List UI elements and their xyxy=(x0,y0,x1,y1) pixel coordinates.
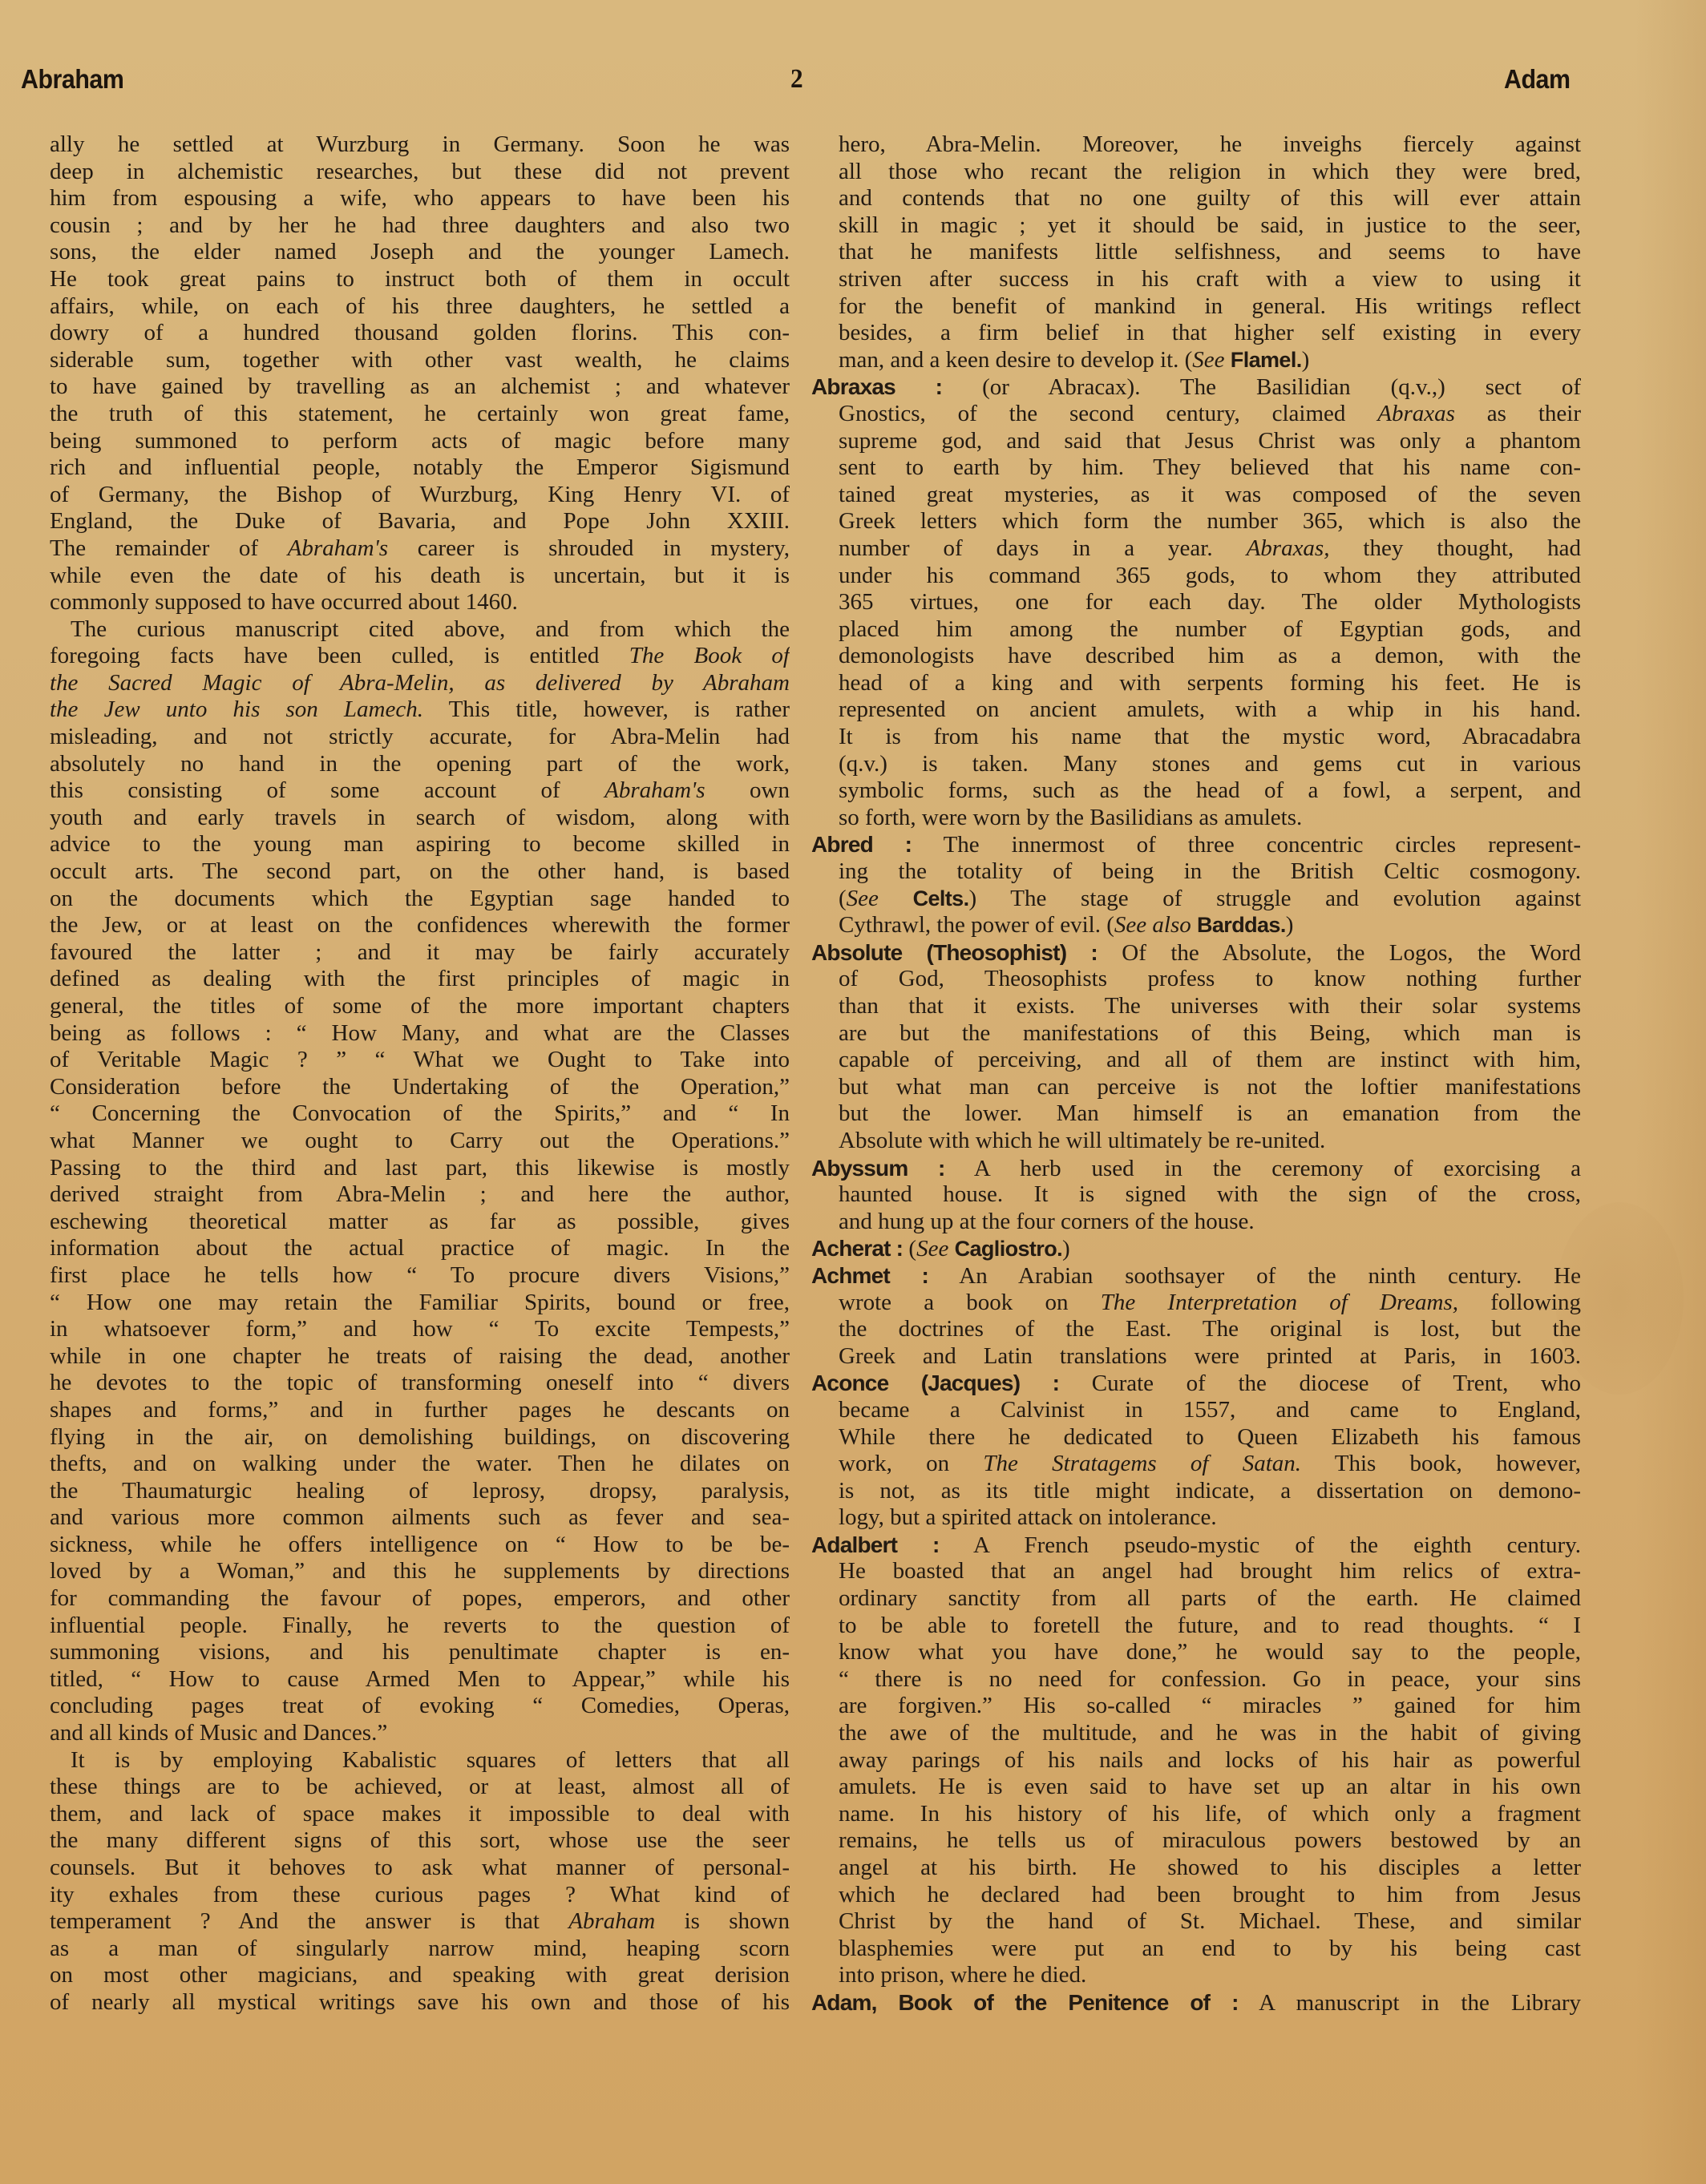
text-line: sent to earth by him. They believed that… xyxy=(811,454,1581,482)
text: commonly supposed to have occurred about… xyxy=(50,589,518,615)
text: (or Abracax). The Basilidian (q.v.,) sec… xyxy=(942,374,1581,400)
cross-reference: Flamel. xyxy=(1231,348,1302,372)
text: name. In his history of his life, of whi… xyxy=(839,1801,1581,1827)
text: ) xyxy=(1286,912,1294,938)
text: as a man of singularly narrow mind, heap… xyxy=(50,1936,790,1961)
text-line: ordinary sanctity from all parts of the … xyxy=(811,1585,1581,1613)
text-line: loved by a Woman,” and this he supplemen… xyxy=(50,1558,790,1585)
text-line: symbolic forms, such as the head of a fo… xyxy=(811,777,1581,805)
text: this consisting of some account of xyxy=(50,777,604,803)
text: ) xyxy=(1062,1236,1070,1262)
text-line: ally he settled at Wurzburg in Germany. … xyxy=(50,131,790,159)
text-line: so forth, were worn by the Basilidians a… xyxy=(811,805,1581,832)
entry-first-line: Abred : The innermost of three concentri… xyxy=(811,831,1581,858)
text: A herb used in the ceremony of exorcisin… xyxy=(945,1156,1581,1181)
text-line: became a Calvinist in 1557, and came to … xyxy=(811,1397,1581,1424)
text: Consideration before the Undertaking of … xyxy=(50,1074,790,1100)
text: on most other magicians, and speaking wi… xyxy=(50,1962,790,1988)
text: know what you have done,” he would say t… xyxy=(839,1639,1581,1665)
text-line: 365 virtues, one for each day. The older… xyxy=(811,589,1581,616)
text-line: for the benefit of mankind in general. H… xyxy=(811,293,1581,321)
cross-reference: Barddas. xyxy=(1197,913,1286,937)
text-line: to have gained by travelling as an alche… xyxy=(50,373,790,401)
text: of nearly all mystical writings save his… xyxy=(50,1989,790,2015)
text-line: absolutely no hand in the opening part o… xyxy=(50,751,790,778)
text: is not, as its title might indicate, a d… xyxy=(839,1478,1581,1504)
text: The innermost of three concentric circle… xyxy=(912,832,1581,858)
text-line: “ How one may retain the Familiar Spirit… xyxy=(50,1290,790,1317)
text: ordinary sanctity from all parts of the … xyxy=(839,1585,1581,1611)
headword: Aconce (Jacques) : xyxy=(811,1371,1059,1395)
right-column: hero, Abra-Melin. Moreover, he inveighs … xyxy=(811,131,1581,2016)
italic-text: The Book of xyxy=(629,643,790,668)
text: loved by a Woman,” and this he supplemen… xyxy=(50,1558,790,1584)
italic-text: Abraham xyxy=(568,1908,655,1934)
entry-first-line: Abraxas : (or Abracax). The Basilidian (… xyxy=(811,373,1581,401)
text-line: on the documents which the Egyptian sage… xyxy=(50,886,790,913)
text: ally he settled at Wurzburg in Germany. … xyxy=(50,131,790,157)
text: being as follows : “ How Many, and what … xyxy=(50,1020,790,1046)
text-line: and hung up at the four corners of the h… xyxy=(811,1209,1581,1236)
text: “ there is no need for confession. Go in… xyxy=(839,1666,1581,1692)
paper-stain xyxy=(1635,0,1706,2184)
entry-first-line: Adalbert : A French pseudo-mystic of the… xyxy=(811,1532,1581,1559)
text-line: influential people. Finally, he reverts … xyxy=(50,1613,790,1640)
headword: Abraxas : xyxy=(811,374,942,399)
text-line: the Jew, or at least on the confidences … xyxy=(50,912,790,939)
text-line: being as follows : “ How Many, and what … xyxy=(50,1020,790,1048)
text-line: demonologists have described him as a de… xyxy=(811,643,1581,670)
text: and hung up at the four corners of the h… xyxy=(839,1209,1255,1234)
text: occult arts. The second part, on the oth… xyxy=(50,858,790,884)
text: sent to earth by him. They believed that… xyxy=(839,454,1581,480)
text-line: which he declared had been brought to hi… xyxy=(811,1882,1581,1909)
cross-reference: Cagliostro. xyxy=(955,1237,1062,1261)
text: the many different signs of this sort, w… xyxy=(50,1827,790,1853)
text: and contends that no one guilty of this … xyxy=(839,185,1581,211)
text: he devotes to the topic of transforming … xyxy=(50,1370,790,1395)
entry-first-line: Acherat : (See Cagliostro.) xyxy=(811,1235,1581,1262)
text-line: haunted house. It is signed with the sig… xyxy=(811,1181,1581,1209)
text-line: of Germany, the Bishop of Wurzburg, King… xyxy=(50,482,790,509)
text-line: concluding pages treat of evoking “ Come… xyxy=(50,1693,790,1720)
text: the Thaumaturgic healing of leprosy, dro… xyxy=(50,1478,790,1504)
text-line: information about the actual practice of… xyxy=(50,1235,790,1262)
text: for the benefit of mankind in general. H… xyxy=(839,293,1581,319)
text: tained great mysteries, as it was compos… xyxy=(839,482,1581,507)
text: skill in magic ; yet it should be said, … xyxy=(839,212,1581,238)
text: ( xyxy=(903,1236,916,1262)
text-line: as a man of singularly narrow mind, heap… xyxy=(50,1936,790,1963)
text: but the lower. Man himself is an emanati… xyxy=(839,1100,1581,1126)
text: and all kinds of Music and Dances.” xyxy=(50,1720,387,1746)
text-line: It is by employing Kabalistic squares of… xyxy=(50,1747,790,1774)
text: in whatsoever form,” and how “ To excite… xyxy=(50,1316,790,1342)
italic-text: The Interpretation of Dreams, xyxy=(1101,1290,1458,1315)
page-number: 2 xyxy=(790,64,802,95)
text: (q.v.) is taken. Many stones and gems cu… xyxy=(839,751,1581,777)
text: into prison, where he died. xyxy=(839,1962,1086,1988)
text-line: number of days in a year. Abraxas, they … xyxy=(811,535,1581,563)
text-line: and all kinds of Music and Dances.” xyxy=(50,1720,790,1747)
headword: Abyssum : xyxy=(811,1156,945,1181)
text-line: but the lower. Man himself is an emanati… xyxy=(811,1100,1581,1128)
text: dowry of a hundred thousand golden flori… xyxy=(50,320,790,345)
text-line: name. In his history of his life, of whi… xyxy=(811,1801,1581,1828)
text-line: capable of perceiving, and all of them a… xyxy=(811,1047,1581,1074)
headword: Abred : xyxy=(811,832,912,857)
text-line: and various more common ailments such as… xyxy=(50,1504,790,1532)
text-line: are forgiven.” His so-called “ miracles … xyxy=(811,1693,1581,1720)
text: placed him among the number of Egyptian … xyxy=(839,616,1581,642)
text-line: cousin ; and by her he had three daughte… xyxy=(50,212,790,240)
text: Gnostics, of the second century, claimed xyxy=(839,401,1377,426)
text: capable of perceiving, and all of them a… xyxy=(839,1047,1581,1072)
text-line: eschewing theoretical matter as far as p… xyxy=(50,1209,790,1236)
text: supreme god, and said that Jesus Christ … xyxy=(839,428,1581,454)
text: angel at his birth. He showed to his dis… xyxy=(839,1855,1581,1880)
text-line: deep in alchemistic researches, but thes… xyxy=(50,159,790,186)
text: away parings of his nails and locks of h… xyxy=(839,1747,1581,1773)
text-line: counsels. But it behoves to ask what man… xyxy=(50,1855,790,1882)
text-line: He took great pains to instruct both of … xyxy=(50,266,790,293)
text: own xyxy=(705,777,790,803)
text: number of days in a year. xyxy=(839,535,1247,561)
text-line: ing the totality of being in the British… xyxy=(811,858,1581,886)
italic-text: Abraham's xyxy=(604,777,705,803)
text-line: The remainder of Abraham's career is shr… xyxy=(50,535,790,563)
text: them, and lack of space makes it impossi… xyxy=(50,1801,790,1827)
text: logy, but a spirited attack on intoleran… xyxy=(839,1504,1217,1530)
headword: Adalbert : xyxy=(811,1532,940,1557)
text: information about the actual practice of… xyxy=(50,1235,790,1261)
italic-text: See also xyxy=(1114,912,1191,938)
entry-first-line: Adam, Book of the Penitence of : A manus… xyxy=(811,1989,1581,2016)
text-line: “ there is no need for confession. Go in… xyxy=(811,1666,1581,1694)
text: career is shrouded in mystery, xyxy=(388,535,790,561)
text: became a Calvinist in 1557, and came to … xyxy=(839,1397,1581,1423)
text: man, and a keen desire to develop it. ( xyxy=(839,347,1192,373)
text-line: Cythrawl, the power of evil. (See also B… xyxy=(811,912,1581,939)
text-line: siderable sum, together with other vast … xyxy=(50,347,790,374)
text-line: that he manifests little selfishness, an… xyxy=(811,239,1581,266)
text: Absolute with which he will ultimately b… xyxy=(839,1128,1325,1153)
text: under his command 365 gods, to whom they… xyxy=(839,563,1581,588)
headword: Acherat : xyxy=(811,1236,903,1261)
text-line: titled, “ How to cause Armed Men to Appe… xyxy=(50,1666,790,1694)
text: to have gained by travelling as an alche… xyxy=(50,373,790,399)
text: of God, Theosophists profess to know not… xyxy=(839,966,1581,991)
text-line: the Sacred Magic of Abra-Melin, as deliv… xyxy=(50,670,790,697)
text: Christ by the hand of St. Michael. These… xyxy=(839,1908,1581,1934)
text-line: commonly supposed to have occurred about… xyxy=(50,589,790,616)
text-line: while even the date of his death is unce… xyxy=(50,563,790,590)
text-line: of God, Theosophists profess to know not… xyxy=(811,966,1581,993)
text: the truth of this statement, he certainl… xyxy=(50,401,790,426)
text: summoning visions, and his penultimate c… xyxy=(50,1639,790,1665)
text: the Jew, or at least on the confidences … xyxy=(50,912,790,938)
text: on the documents which the Egyptian sage… xyxy=(50,886,790,911)
text: remains, he tells us of miraculous power… xyxy=(839,1827,1581,1853)
text-line: the Jew unto his son Lamech. This title,… xyxy=(50,696,790,724)
italic-text: Abraham's xyxy=(288,535,388,561)
text-line: than that it exists. The universes with … xyxy=(811,993,1581,1020)
text: This book, however, xyxy=(1301,1451,1581,1476)
text: the doctrines of the East. The original … xyxy=(839,1316,1581,1342)
text-line: Consideration before the Undertaking of … xyxy=(50,1074,790,1101)
text-line: man, and a keen desire to develop it. (S… xyxy=(811,347,1581,374)
text: while even the date of his death is unce… xyxy=(50,563,790,588)
text-line: derived straight from Abra-Melin ; and h… xyxy=(50,1181,790,1209)
italic-text: the Sacred Magic of Abra-Melin, as deliv… xyxy=(50,670,790,696)
text-line: remains, he tells us of miraculous power… xyxy=(811,1827,1581,1855)
text: all those who recant the religion in whi… xyxy=(839,159,1581,184)
text: Passing to the third and last part, this… xyxy=(50,1155,790,1181)
headword: Adam, Book of the Penitence of : xyxy=(811,1990,1239,2015)
entry-first-line: Absolute (Theosophist) : Of the Absolute… xyxy=(811,939,1581,967)
text: Of the Absolute, the Logos, the Word xyxy=(1098,940,1581,966)
text-line: the doctrines of the East. The original … xyxy=(811,1316,1581,1343)
text-line: all those who recant the religion in whi… xyxy=(811,159,1581,186)
text-line: (q.v.) is taken. Many stones and gems cu… xyxy=(811,751,1581,778)
text: While there he dedicated to Queen Elizab… xyxy=(839,1424,1581,1450)
text-line: the truth of this statement, he certainl… xyxy=(50,401,790,428)
text-line: affairs, while, on each of his three dau… xyxy=(50,293,790,321)
text: so forth, were worn by the Basilidians a… xyxy=(839,805,1302,830)
text: derived straight from Abra-Melin ; and h… xyxy=(50,1181,790,1207)
text-line: Absolute with which he will ultimately b… xyxy=(811,1128,1581,1155)
text-line: he devotes to the topic of transforming … xyxy=(50,1370,790,1397)
cross-reference: Celts. xyxy=(913,886,969,910)
running-head-left: Abraham xyxy=(21,64,123,95)
text-line: temperament ? And the answer is that Abr… xyxy=(50,1908,790,1936)
text-line: besides, a firm belief in that higher se… xyxy=(811,320,1581,347)
text-line: amulets. He is even said to have set up … xyxy=(811,1774,1581,1801)
text-line: skill in magic ; yet it should be said, … xyxy=(811,212,1581,240)
text: general, the titles of some of the more … xyxy=(50,993,790,1019)
text-line: and contends that no one guilty of this … xyxy=(811,185,1581,212)
text: affairs, while, on each of his three dau… xyxy=(50,293,790,319)
text-line: foregoing facts have been culled, is ent… xyxy=(50,643,790,670)
text: first place he tells how “ To procure di… xyxy=(50,1262,790,1288)
italic-text: See xyxy=(847,886,879,911)
text: these things are to be achieved, or at l… xyxy=(50,1774,790,1799)
text-line: Christ by the hand of St. Michael. These… xyxy=(811,1908,1581,1936)
text-line: rich and influential people, notably the… xyxy=(50,454,790,482)
text: work, on xyxy=(839,1451,983,1476)
text: A French pseudo-mystic of the eighth cen… xyxy=(940,1532,1581,1558)
text-line: are but the manifestations of this Being… xyxy=(811,1020,1581,1048)
text: demonologists have described him as a de… xyxy=(839,643,1581,668)
text: A manuscript in the Library xyxy=(1239,1990,1581,2016)
text: sons, the elder named Joseph and the you… xyxy=(50,239,790,264)
left-column: ally he settled at Wurzburg in Germany. … xyxy=(50,131,790,2016)
text: temperament ? And the answer is that xyxy=(50,1908,568,1934)
text: while in one chapter he treats of raisin… xyxy=(50,1343,790,1369)
text: It is from his name that the mystic word… xyxy=(839,724,1581,749)
text-line: but what man can perceive is not the lof… xyxy=(811,1074,1581,1101)
text: symbolic forms, such as the head of a fo… xyxy=(839,777,1581,803)
text-line: head of a king and with serpents forming… xyxy=(811,670,1581,697)
text: The remainder of xyxy=(50,535,288,561)
text: blasphemies were put an end to by his be… xyxy=(839,1936,1581,1961)
entry-first-line: Abyssum : A herb used in the ceremony of… xyxy=(811,1155,1581,1182)
text-line: him from espousing a wife, who appears t… xyxy=(50,185,790,212)
text-line: blasphemies were put an end to by his be… xyxy=(811,1936,1581,1963)
text-line: “ Concerning the Convocation of the Spir… xyxy=(50,1100,790,1128)
text-line: misleading, and not strictly accurate, f… xyxy=(50,724,790,751)
text: youth and early travels in search of wis… xyxy=(50,805,790,830)
text-line: the Thaumaturgic healing of leprosy, dro… xyxy=(50,1478,790,1505)
text-line: sickness, while he offers intelligence o… xyxy=(50,1532,790,1559)
text: misleading, and not strictly accurate, f… xyxy=(50,724,790,749)
text: and various more common ailments such as… xyxy=(50,1504,790,1530)
italic-text: the Jew unto his son Lamech. xyxy=(50,696,423,722)
italic-text: The Stratagems of Satan. xyxy=(983,1451,1301,1476)
text: absolutely no hand in the opening part o… xyxy=(50,751,790,777)
text-line: general, the titles of some of the more … xyxy=(50,993,790,1020)
text: is shown xyxy=(655,1908,790,1934)
text: flying in the air, on demolishing buildi… xyxy=(50,1424,790,1450)
text: England, the Duke of Bavaria, and Pope J… xyxy=(50,508,790,534)
text: haunted house. It is signed with the sig… xyxy=(839,1181,1581,1207)
text-line: flying in the air, on demolishing buildi… xyxy=(50,1424,790,1451)
text: of Germany, the Bishop of Wurzburg, King… xyxy=(50,482,790,507)
text: “ How one may retain the Familiar Spirit… xyxy=(50,1290,790,1315)
text-line: advice to the young man aspiring to beco… xyxy=(50,831,790,858)
italic-text: Abraxas xyxy=(1377,401,1455,426)
text-line: these things are to be achieved, or at l… xyxy=(50,1774,790,1801)
text: than that it exists. The universes with … xyxy=(839,993,1581,1019)
text: they thought, had xyxy=(1329,535,1581,561)
text-line: of nearly all mystical writings save his… xyxy=(50,1989,790,2016)
text: deep in alchemistic researches, but thes… xyxy=(50,159,790,184)
italic-text: See xyxy=(916,1236,948,1262)
headword: Achmet : xyxy=(811,1263,928,1288)
text: concluding pages treat of evoking “ Come… xyxy=(50,1693,790,1718)
text-line: represented on ancient amulets, with a w… xyxy=(811,696,1581,724)
text-line: (See Celts.) The stage of struggle and e… xyxy=(811,886,1581,913)
text: besides, a firm belief in that higher se… xyxy=(839,320,1581,345)
text: shapes and forms,” and in further pages … xyxy=(50,1397,790,1423)
text: influential people. Finally, he reverts … xyxy=(50,1613,790,1638)
text-line: away parings of his nails and locks of h… xyxy=(811,1747,1581,1774)
text: thefts, and on walking under the water. … xyxy=(50,1451,790,1476)
text: An Arabian soothsayer of the ninth centu… xyxy=(928,1263,1581,1289)
text-line: Passing to the third and last part, this… xyxy=(50,1155,790,1182)
text: He boasted that an angel had brought him… xyxy=(839,1558,1581,1584)
text-line: logy, but a spirited attack on intoleran… xyxy=(811,1504,1581,1532)
text-line: the many different signs of this sort, w… xyxy=(50,1827,790,1855)
text-line: It is from his name that the mystic word… xyxy=(811,724,1581,751)
text: him from espousing a wife, who appears t… xyxy=(50,185,790,211)
text-line: work, on The Stratagems of Satan. This b… xyxy=(811,1451,1581,1478)
text-line: supreme god, and said that Jesus Christ … xyxy=(811,428,1581,455)
text: defined as dealing with the first princi… xyxy=(50,966,790,991)
text-line: into prison, where he died. xyxy=(811,1962,1581,1989)
text: ) The stage of struggle and evolution ag… xyxy=(969,886,1581,911)
text-line: them, and lack of space makes it impossi… xyxy=(50,1801,790,1828)
text-line: ity exhales from these curious pages ? W… xyxy=(50,1882,790,1909)
text: ity exhales from these curious pages ? W… xyxy=(50,1882,790,1907)
text-line: While there he dedicated to Queen Elizab… xyxy=(811,1424,1581,1451)
text: eschewing theoretical matter as far as p… xyxy=(50,1209,790,1234)
text-line: in whatsoever form,” and how “ To excite… xyxy=(50,1316,790,1343)
text-line: placed him among the number of Egyptian … xyxy=(811,616,1581,644)
text-line: Greek letters which form the number 365,… xyxy=(811,508,1581,535)
running-head-right: Adam xyxy=(1504,64,1571,95)
text-line: while in one chapter he treats of raisin… xyxy=(50,1343,790,1371)
text: This title, however, is rather xyxy=(423,696,790,722)
text-line: know what you have done,” he would say t… xyxy=(811,1639,1581,1666)
text: are forgiven.” His so-called “ miracles … xyxy=(839,1693,1581,1718)
text: ing the totality of being in the British… xyxy=(839,858,1581,884)
text: sickness, while he offers intelligence o… xyxy=(50,1532,790,1557)
text-line: on most other magicians, and speaking wi… xyxy=(50,1962,790,1989)
text-line: summoning visions, and his penultimate c… xyxy=(50,1639,790,1666)
text-line: this consisting of some account of Abrah… xyxy=(50,777,790,805)
text: the awe of the multitude, and he was in … xyxy=(839,1720,1581,1746)
text-line: Greek and Latin translations were printe… xyxy=(811,1343,1581,1371)
text: following xyxy=(1458,1290,1581,1315)
text: Greek letters which form the number 365,… xyxy=(839,508,1581,534)
text: head of a king and with serpents forming… xyxy=(839,670,1581,696)
text: advice to the young man aspiring to beco… xyxy=(50,831,790,857)
text: ) xyxy=(1302,347,1310,373)
text-line: He boasted that an angel had brought him… xyxy=(811,1558,1581,1585)
text: Greek and Latin translations were printe… xyxy=(839,1343,1581,1369)
text-line: The curious manuscript cited above, and … xyxy=(50,616,790,644)
text: Cythrawl, the power of evil. ( xyxy=(839,912,1114,938)
text: hero, Abra-Melin. Moreover, he inveighs … xyxy=(839,131,1581,157)
text-line: occult arts. The second part, on the oth… xyxy=(50,858,790,886)
text-line: first place he tells how “ To procure di… xyxy=(50,1262,790,1290)
text-line: being summoned to perform acts of magic … xyxy=(50,428,790,455)
text: but what man can perceive is not the lof… xyxy=(839,1074,1581,1100)
text-line: Gnostics, of the second century, claimed… xyxy=(811,401,1581,428)
text-line: hero, Abra-Melin. Moreover, he inveighs … xyxy=(811,131,1581,159)
text-line: tained great mysteries, as it was compos… xyxy=(811,482,1581,509)
entry-first-line: Aconce (Jacques) : Curate of the diocese… xyxy=(811,1370,1581,1397)
text: represented on ancient amulets, with a w… xyxy=(839,696,1581,722)
text: for commanding the favour of popes, empe… xyxy=(50,1585,790,1611)
text-line: the awe of the multitude, and he was in … xyxy=(811,1720,1581,1747)
text: cousin ; and by her he had three daughte… xyxy=(50,212,790,238)
text-line: youth and early travels in search of wis… xyxy=(50,805,790,832)
text: foregoing facts have been culled, is ent… xyxy=(50,643,629,668)
text-line: sons, the elder named Joseph and the you… xyxy=(50,239,790,266)
text: striven after success in his craft with … xyxy=(839,266,1581,292)
text-line: dowry of a hundred thousand golden flori… xyxy=(50,320,790,347)
entry-first-line: Achmet : An Arabian soothsayer of the ni… xyxy=(811,1262,1581,1290)
text-line: England, the Duke of Bavaria, and Pope J… xyxy=(50,508,790,535)
text: The curious manuscript cited above, and … xyxy=(71,616,790,642)
italic-text: See xyxy=(1192,347,1224,373)
text: as their xyxy=(1455,401,1581,426)
text: to be able to foretell the future, and t… xyxy=(839,1613,1581,1638)
text: “ Concerning the Convocation of the Spir… xyxy=(50,1100,790,1126)
text: of Veritable Magic ? ” “ What we Ought t… xyxy=(50,1047,790,1072)
text-line: wrote a book on The Interpretation of Dr… xyxy=(811,1290,1581,1317)
text: favoured the latter ; and it may be fair… xyxy=(50,939,790,965)
text-line: angel at his birth. He showed to his dis… xyxy=(811,1855,1581,1882)
text-line: shapes and forms,” and in further pages … xyxy=(50,1397,790,1424)
text: what Manner we ought to Carry out the Op… xyxy=(50,1128,790,1153)
text: that he manifests little selfishness, an… xyxy=(839,239,1581,264)
text: are but the manifestations of this Being… xyxy=(839,1020,1581,1046)
text-line: for commanding the favour of popes, empe… xyxy=(50,1585,790,1613)
text: rich and influential people, notably the… xyxy=(50,454,790,480)
